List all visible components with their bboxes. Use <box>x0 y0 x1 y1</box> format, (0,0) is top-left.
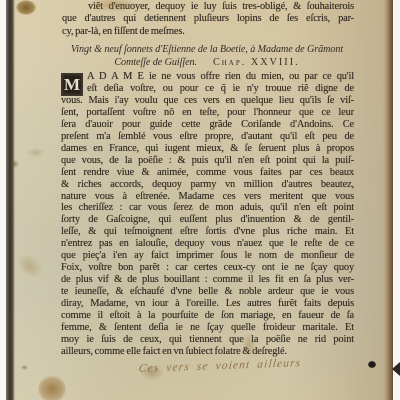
text-line: viẽt d'enuoyer, dequoy ie luy ſuis tres-… <box>62 1 354 13</box>
paragraph-fragment: viẽt d'enuoyer, dequoy ie luy ſuis tres-… <box>62 1 354 38</box>
text-line: les cheriſſez : car vous ſerez de mon ad… <box>61 202 354 214</box>
text-line: de plus vif & de plus bouillant : comme … <box>61 274 354 286</box>
text-line: Foix, voſtre bon parẽt : car certes ceux… <box>61 262 354 274</box>
text-line: n'entrez pas en ialouſie, dequoy vous n'… <box>61 238 354 250</box>
book-page-scan: viẽt d'enuoyer, dequoy ie luy ſuis tres-… <box>0 0 400 400</box>
woodcut-drop-cap: M <box>61 73 83 96</box>
text-line: femme, & ſentent deſia ie ne ſçay quelle… <box>61 322 354 334</box>
text-line: ſorty de Gaſcoigne, qui euſſent plus d'i… <box>61 214 354 226</box>
text-line: que pieç'a i'en ay faict imprimer ſous l… <box>61 250 354 262</box>
text-line: dames en France, qui iugent mieux, & ſe … <box>61 143 354 155</box>
text-line: que d'autres qui detiennent pluſieurs lo… <box>62 13 354 25</box>
text-line: comme il eſtoit à la pourſuite de ſon ma… <box>61 310 354 322</box>
chapter-number: Chap. XXVIII. <box>213 57 300 68</box>
text-line: A D A M E ie ne vous offre rien du mien,… <box>61 71 354 83</box>
chapter-title-line2: Comteſſe de Guiſſen.Chap. XXVIII. <box>60 57 354 70</box>
chapter-title-dedicatee: Comteſſe de Guiſſen. <box>114 57 197 68</box>
body-text-block: M A D A M E ie ne vous offre rien du mie… <box>61 71 354 358</box>
text-line: eſt deſia voſtre, ou pour ce q̃ ie n'y t… <box>61 83 354 95</box>
text-line: ſent rendre viue & animée, comme vous fa… <box>61 167 354 179</box>
text-line: diray, Madame, vn iour à l'oreille. Les … <box>61 298 354 310</box>
text-line: cy, par-là, en fiſſent de meſmes. <box>62 26 354 38</box>
chapter-heading: Vingt & neuf ſonnets d'Eſtienne de la Bo… <box>60 44 354 69</box>
chapter-title-line1: Vingt & neuf ſonnets d'Eſtienne de la Bo… <box>60 44 354 57</box>
text-line: ſent, portaſſent voſtre nõ en teſte, pou… <box>61 107 354 119</box>
text-line: & riches accords, dequoy parmy vn millio… <box>61 179 354 191</box>
text-line: vous. Mais i'ay voulu que ces vers en qu… <box>61 95 354 107</box>
text-line: te ieuneſſe, & eſchaufé d'vne belle & no… <box>61 286 354 298</box>
handwritten-annotation: Ces vers se voient ailleurs <box>114 356 325 375</box>
text-line: moy ie ſuis de ceux, qui tiennent que la… <box>61 334 354 346</box>
text-line: leſſe, & qui teſmoignent eſtre ſortis d'… <box>61 226 354 238</box>
text-line: ſera d'auoir pour guide cette grãde Cori… <box>61 119 354 131</box>
text-line: preſent m'a ſemblé vous eſtre propre, d'… <box>61 131 354 143</box>
text-line: nature vous à eſtrenée. Madame ces vers … <box>61 191 354 203</box>
body-paragraph: A D A M E ie ne vous offre rien du mien,… <box>61 71 354 358</box>
printed-text-layer: viẽt d'enuoyer, dequoy ie luy ſuis tres-… <box>0 0 400 400</box>
text-line: que vous, de la poëſie : & puis qu'il n'… <box>61 155 354 167</box>
